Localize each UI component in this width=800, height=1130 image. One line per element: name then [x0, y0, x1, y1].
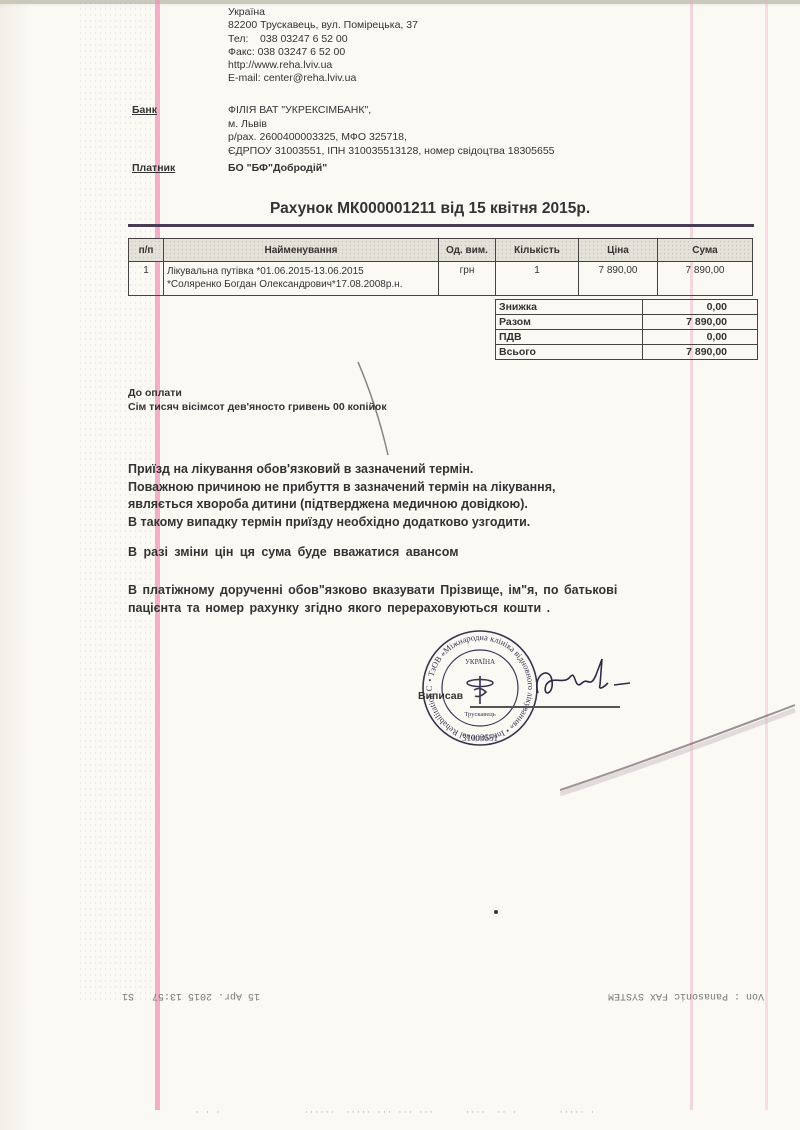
- cell-name: Лікувальна путівка *01.06.2015-13.06.201…: [164, 262, 439, 296]
- subtotal-label: Разом: [496, 315, 643, 330]
- cell-quantity: 1: [496, 262, 579, 296]
- address: 82200 Трускавець, вул. Помірецька, 37: [228, 19, 418, 32]
- website: http://www.reha.lviv.ua: [228, 59, 418, 72]
- scan-streak: [765, 0, 768, 1110]
- arrival-terms: Приїзд на лікування обов'язковий в зазна…: [128, 461, 555, 531]
- fax: Факс: 038 03247 6 52 00: [228, 46, 418, 59]
- fax-footer-noise: · · · ······ ····· ··· ··· ··· ···· ·· ·…: [195, 1109, 595, 1117]
- payment-note-line: В платіжному дорученні обов"язково вказу…: [128, 581, 617, 599]
- total-label: Всього: [496, 345, 643, 360]
- col-header-quantity: Кількість: [496, 239, 579, 262]
- col-header-unit: Од. вим.: [439, 239, 496, 262]
- terms-line: Поважною причиною не прибуття в зазначен…: [128, 479, 555, 497]
- paper-crease: [560, 660, 800, 800]
- fax-timestamp: 15 Apr. 2015 13:57 S1: [122, 990, 260, 1001]
- issued-by-label: Виписав: [418, 690, 463, 702]
- bank-codes: ЄДРПОУ 31003551, ІПН 310035513128, номер…: [228, 145, 555, 159]
- terms-line: В такому випадку термін приїзду необхідн…: [128, 514, 555, 532]
- official-stamp-icon: • ТзОВ «Міжнародна клініка відновного лі…: [420, 628, 540, 748]
- terms-line: Приїзд на лікування обов'язковий в зазна…: [128, 461, 555, 479]
- col-header-price: Ціна: [579, 239, 658, 262]
- svg-text:31003551: 31003551: [462, 733, 498, 743]
- bank-details: ФІЛІЯ ВАТ "УКРЕКСІМБАНК", м. Львів р/рах…: [228, 104, 555, 158]
- payer-label: Платник: [132, 162, 175, 174]
- col-header-sum: Сума: [658, 239, 753, 262]
- email: E-mail: center@reha.lviv.ua: [228, 72, 418, 85]
- fax-sender: Von : Panasonic FAX SYSTEM: [608, 990, 764, 1001]
- svg-text:УКРАЇНА: УКРАЇНА: [465, 658, 495, 666]
- col-header-number: п/п: [129, 239, 164, 262]
- bank-name: ФІЛІЯ ВАТ "УКРЕКСІМБАНК",: [228, 104, 555, 118]
- table-row: 1 Лікувальна путівка *01.06.2015-13.06.2…: [129, 262, 753, 296]
- phone: Тел: 038 03247 6 52 00: [228, 33, 418, 46]
- paper-crease: [350, 360, 410, 460]
- ink-speck: [494, 910, 498, 914]
- bank-label: Банк: [132, 104, 157, 116]
- bank-city: м. Львів: [228, 118, 555, 132]
- terms-line: являється хвороба дитини (підтверджена м…: [128, 496, 555, 514]
- total-value: 7 890,00: [643, 345, 758, 360]
- amount-due: До оплати Сім тисяч вісімсот дев'яносто …: [128, 386, 387, 414]
- discount-value: 0,00: [643, 300, 758, 315]
- scan-streak: [690, 0, 693, 1110]
- item-description: Лікувальна путівка *01.06.2015-13.06.201…: [167, 265, 435, 278]
- cell-unit: грн: [439, 262, 496, 296]
- payment-instruction: В платіжному дорученні обов"язково вказу…: [128, 581, 617, 617]
- bank-account: р/рах. 2600400003325, МФО 325718,: [228, 131, 555, 145]
- payment-note-line: пацієнта та номер рахунку згідно якого п…: [128, 599, 617, 617]
- advance-note: В разі зміни цін ця сума буде вважатися …: [128, 545, 458, 559]
- totals-row-vat: ПДВ 0,00: [496, 330, 758, 345]
- subtotal-value: 7 890,00: [643, 315, 758, 330]
- amount-due-label: До оплати: [128, 386, 387, 400]
- cell-sum: 7 890,00: [658, 262, 753, 296]
- totals-row-discount: Знижка 0,00: [496, 300, 758, 315]
- title-divider: [128, 224, 754, 227]
- invoice-title: Рахунок МК000001211 від 15 квітня 2015р.: [270, 200, 590, 218]
- items-table: п/п Найменування Од. вим. Кількість Ціна…: [128, 238, 753, 296]
- totals-table: Знижка 0,00 Разом 7 890,00 ПДВ 0,00 Всьо…: [495, 299, 758, 360]
- svg-text:Трускавець: Трускавець: [464, 711, 495, 718]
- company-contacts: Україна 82200 Трускавець, вул. Помірецьк…: [228, 6, 418, 86]
- payer-value: БО "БФ"Добродій": [228, 162, 327, 174]
- item-patient: *Соляренко Богдан Олександрович*17.08.20…: [167, 278, 435, 291]
- vat-label: ПДВ: [496, 330, 643, 345]
- col-header-name: Найменування: [164, 239, 439, 262]
- amount-in-words: Сім тисяч вісімсот дев'яносто гривень 00…: [128, 400, 387, 414]
- country: Україна: [228, 6, 418, 19]
- totals-row-total: Всього 7 890,00: [496, 345, 758, 360]
- cell-number: 1: [129, 262, 164, 296]
- discount-label: Знижка: [496, 300, 643, 315]
- table-header-row: п/п Найменування Од. вим. Кількість Ціна…: [129, 239, 753, 262]
- totals-row-subtotal: Разом 7 890,00: [496, 315, 758, 330]
- vat-value: 0,00: [643, 330, 758, 345]
- cell-price: 7 890,00: [579, 262, 658, 296]
